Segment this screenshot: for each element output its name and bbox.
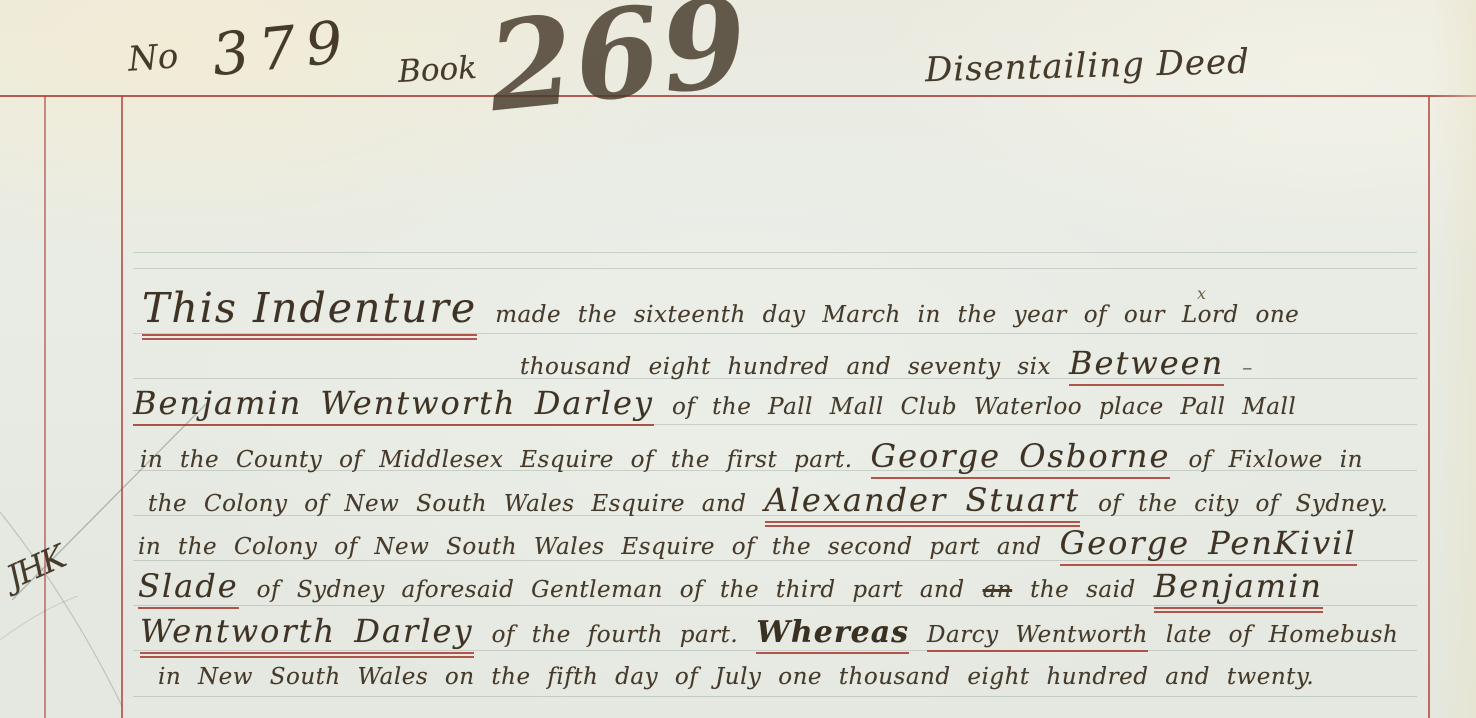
deed-line: Benjamin Wentworth Darleyof the Pall Mal… bbox=[133, 384, 1296, 426]
deed-opening-words: This Indenture bbox=[142, 284, 477, 340]
party-name: Wentworth Darley bbox=[140, 612, 474, 658]
deed-text-segment: made the sixteenth day March in the year… bbox=[495, 302, 1299, 328]
party-name: Darcy Wentworth bbox=[927, 622, 1148, 652]
deed-line: the Colony of New South Wales Esquire an… bbox=[148, 481, 1388, 527]
deed-text-segment: of the fourth part. bbox=[492, 622, 739, 648]
deed-number-value: 379 bbox=[209, 7, 356, 89]
deed-page: No 379 Book 269 Disentailing Deed JHK x … bbox=[0, 0, 1476, 718]
party-name: Slade bbox=[138, 567, 239, 609]
left-outer-margin-rule bbox=[44, 96, 46, 718]
deed-text-segment: in New South Wales on the fifth day of J… bbox=[158, 664, 1314, 690]
struck-word: an bbox=[983, 577, 1013, 603]
deed-title: Disentailing Deed bbox=[925, 42, 1251, 90]
deed-line: in the County of Middlesex Esquire of th… bbox=[140, 437, 1363, 479]
deed-line: in the Colony of New South Wales Esquire… bbox=[138, 524, 1357, 566]
pencil-guide-line bbox=[133, 696, 1417, 697]
deed-line: This Indenturemade the sixteenth day Mar… bbox=[142, 284, 1299, 340]
deed-text-segment: the said bbox=[1030, 577, 1136, 603]
deed-number-label: No bbox=[127, 36, 180, 79]
left-inner-margin-rule bbox=[121, 96, 123, 718]
deed-line: Sladeof Sydney aforesaid Gentleman of th… bbox=[138, 567, 1323, 613]
deed-line: Wentworth Darleyof the fourth part.Where… bbox=[140, 612, 1398, 658]
deed-text-segment: the Colony of New South Wales Esquire an… bbox=[148, 491, 747, 517]
party-name: Benjamin bbox=[1154, 567, 1323, 613]
party-name: Alexander Stuart bbox=[765, 481, 1081, 527]
deed-keyword-between: Between bbox=[1069, 344, 1224, 386]
deed-keyword-whereas: Whereas bbox=[756, 615, 909, 654]
party-name: George PenKivil bbox=[1060, 524, 1357, 566]
deed-text-segment: in the Colony of New South Wales Esquire… bbox=[138, 534, 1042, 560]
book-label: Book bbox=[397, 50, 478, 90]
pencil-guide-line bbox=[133, 252, 1417, 253]
party-name: George Osborne bbox=[871, 437, 1171, 479]
book-number-value: 269 bbox=[481, 0, 755, 139]
deed-text-segment: thousand eight hundred and seventy six bbox=[520, 354, 1051, 380]
deed-text-segment: late of Homebush bbox=[1166, 622, 1398, 648]
party-name: Benjamin Wentworth Darley bbox=[133, 384, 654, 426]
pencil-guide-line bbox=[133, 268, 1417, 269]
deed-line: in New South Wales on the fifth day of J… bbox=[158, 664, 1314, 690]
deed-text-segment: of Sydney aforesaid Gentleman of the thi… bbox=[257, 577, 965, 603]
margin-examiner-initials: JHK bbox=[1, 538, 70, 597]
deed-text-segment: of the city of Sydney. bbox=[1098, 491, 1388, 517]
deed-text-segment: of the Pall Mall Club Waterloo place Pal… bbox=[672, 394, 1296, 420]
dash-mark: – bbox=[1242, 355, 1252, 379]
deed-text-segment: of Fixlowe in bbox=[1188, 447, 1362, 473]
deed-text-segment: in the County of Middlesex Esquire of th… bbox=[140, 447, 853, 473]
deed-line: thousand eight hundred and seventy sixBe… bbox=[520, 344, 1252, 386]
paper-edge-shading bbox=[1430, 0, 1476, 718]
